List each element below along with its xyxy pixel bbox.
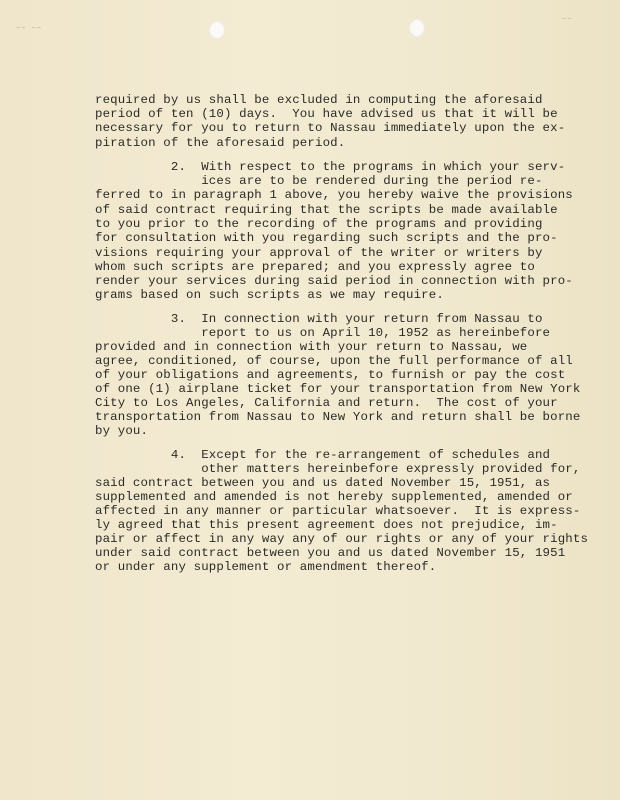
text-line: required by us shall be excluded in comp…: [95, 93, 543, 107]
text-line: ices are to be rendered during the perio…: [95, 174, 543, 188]
text-line: agree, conditioned, of course, upon the …: [95, 354, 573, 368]
text-line: ferred to in paragraph 1 above, you here…: [95, 188, 573, 202]
text-line: of said contract requiring that the scri…: [95, 203, 558, 217]
text-line: under said contract between you and us d…: [95, 546, 565, 560]
text-line: provided and in connection with your ret…: [95, 340, 527, 354]
text-line: piration of the aforesaid period.: [95, 136, 345, 150]
text-line: City to Los Angeles, California and retu…: [95, 396, 558, 410]
punch-hole-left: [209, 21, 225, 39]
text-line: 2. With respect to the programs in which…: [95, 160, 565, 174]
text-line: of one (1) airplane ticket for your tran…: [95, 382, 580, 396]
text-line: supplemented and amended is not hereby s…: [95, 490, 573, 504]
text-line: said contract between you and us dated N…: [95, 476, 550, 490]
text-line: 3. In connection with your return from N…: [95, 312, 543, 326]
text-line: necessary for you to return to Nassau im…: [95, 121, 565, 135]
text-line: affected in any manner or particular wha…: [95, 504, 580, 518]
text-line: grams based on such scripts as we may re…: [95, 288, 444, 302]
text-line: for consultation with you regarding such…: [95, 231, 558, 245]
letter-page: ~~ ~~ ~~ required by us shall be exclude…: [0, 0, 620, 800]
punch-hole-right: [409, 19, 425, 37]
text-line: period of ten (10) days. You have advise…: [95, 107, 558, 121]
text-line: other matters hereinbefore expressly pro…: [95, 462, 580, 476]
corner-mark-left: ~~ ~~: [16, 25, 42, 33]
text-line: report to us on April 10, 1952 as herein…: [95, 326, 550, 340]
text-line: to you prior to the recording of the pro…: [95, 217, 543, 231]
corner-mark-right: ~~: [562, 16, 572, 24]
text-line: whom such scripts are prepared; and you …: [95, 260, 535, 274]
text-line: visions requiring your approval of the w…: [95, 246, 543, 260]
text-line: pair or affect in any way any of our rig…: [95, 532, 588, 546]
text-line: 4. Except for the re-arrangement of sche…: [95, 448, 550, 462]
text-line: render your services during said period …: [95, 274, 573, 288]
text-line: by you.: [95, 424, 148, 438]
text-line: of your obligations and agreements, to f…: [95, 368, 565, 382]
text-line: or under any supplement or amendment the…: [95, 560, 436, 574]
text-line: ly agreed that this present agreement do…: [95, 518, 558, 532]
text-line: transportation from Nassau to New York a…: [95, 410, 580, 424]
